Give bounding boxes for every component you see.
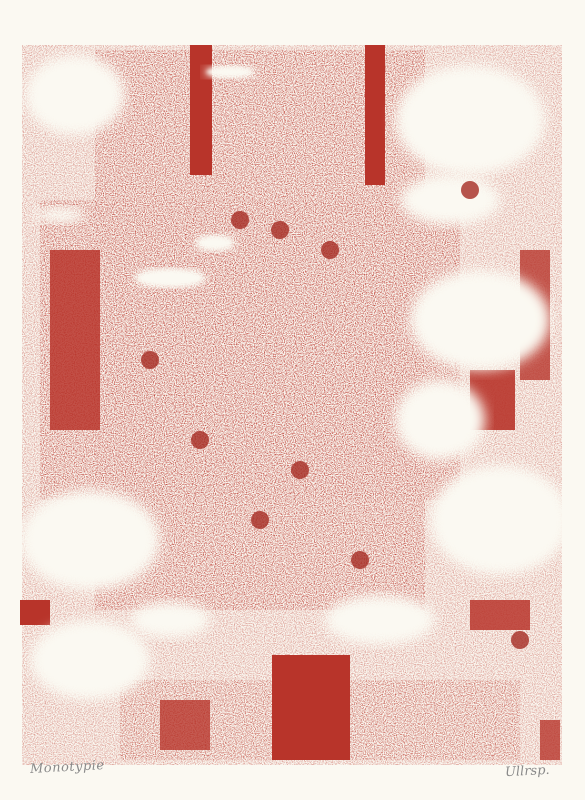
- paper-sheet: [0, 0, 585, 800]
- monotype-print: [0, 0, 585, 800]
- artist-signature: Ullrsp.: [505, 763, 550, 780]
